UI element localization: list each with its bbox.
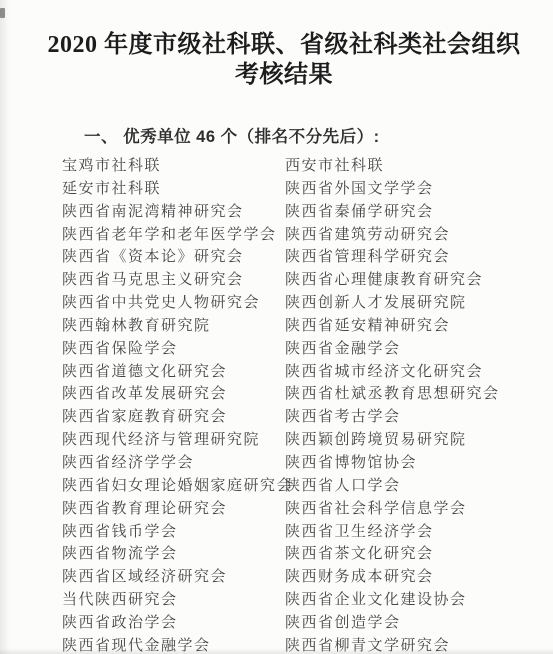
- org-name-right: 陕西省心理健康教育研究会: [285, 269, 553, 292]
- org-list-row: 陕西省政治学会 陕西省创造学会: [62, 612, 553, 635]
- org-name-right: 陕西省金融学会: [285, 338, 553, 361]
- org-list-row: 陕西翰林教育研究院 陕西省延安精神研究会: [62, 315, 553, 338]
- org-name-left: 陕西省政治学会: [62, 612, 285, 635]
- org-name-left: 陕西省改革发展研究会: [62, 383, 285, 406]
- org-list-row: 陕西省马克思主义研究会 陕西省心理健康教育研究会: [62, 269, 553, 292]
- org-name-left: 陕西省家庭教育研究会: [62, 406, 285, 429]
- org-name-right: 陕西省社会科学信息学会: [285, 498, 553, 521]
- org-name-right: 陕西财务成本研究会: [285, 566, 553, 589]
- org-list-row: 陕西省《资本论》研究会 陕西省管理科学研究会: [62, 246, 553, 269]
- scan-artifact-mark: [0, 8, 5, 18]
- org-list-row: 陕西省现代金融学会 陕西省柳青文学研究会: [62, 635, 553, 654]
- org-name-right: 陕西省管理科学研究会: [285, 246, 553, 269]
- org-name-left: 陕西省老年学和老年医学学会: [62, 224, 285, 247]
- org-name-left: 陕西翰林教育研究院: [62, 315, 285, 338]
- org-list: 宝鸡市社科联 西安市社科联 延安市社科联 陕西省外国文学学会 陕西省南泥湾精神研…: [62, 155, 553, 654]
- document-title-line2: 考核结果: [45, 60, 523, 90]
- org-list-row: 陕西省教育理论研究会 陕西省社会科学信息学会: [62, 498, 553, 521]
- org-name-left: 陕西省教育理论研究会: [62, 498, 285, 521]
- org-list-row: 陕西省老年学和老年医学学会 陕西省建筑劳动研究会: [62, 224, 553, 247]
- org-name-left: 陕西省保险学会: [62, 338, 285, 361]
- org-name-right: 陕西省建筑劳动研究会: [285, 224, 553, 247]
- org-name-right: 西安市社科联: [285, 155, 553, 178]
- org-name-right: 陕西省杜斌丞教育思想研究会: [285, 383, 553, 406]
- org-name-left: 陕西省中共党史人物研究会: [62, 292, 285, 315]
- org-list-row: 陕西省南泥湾精神研究会 陕西省秦俑学研究会: [62, 201, 553, 224]
- org-name-left: 陕西省区域经济研究会: [62, 566, 285, 589]
- org-list-row: 陕西省道德文化研究会 陕西省城市经济文化研究会: [62, 361, 553, 384]
- org-list-row: 陕西省物流学会 陕西省茶文化研究会: [62, 543, 553, 566]
- org-name-left: 陕西省物流学会: [62, 543, 285, 566]
- org-list-row: 当代陕西研究会 陕西省企业文化建设协会: [62, 589, 553, 612]
- org-name-right: 陕西省卫生经济学会: [285, 521, 553, 544]
- org-list-row: 陕西省区域经济研究会 陕西财务成本研究会: [62, 566, 553, 589]
- org-name-right: 陕西省博物馆协会: [285, 452, 553, 475]
- org-name-right: 陕西颖创跨境贸易研究院: [285, 429, 553, 452]
- org-list-row: 陕西现代经济与管理研究院 陕西颖创跨境贸易研究院: [62, 429, 553, 452]
- org-name-right: 陕西省考古学会: [285, 406, 553, 429]
- org-list-row: 陕西省中共党史人物研究会 陕西创新人才发展研究院: [62, 292, 553, 315]
- org-name-left: 陕西省钱币学会: [62, 521, 285, 544]
- org-name-left: 陕西省道德文化研究会: [62, 361, 285, 384]
- org-list-row: 陕西省经济学学会 陕西省博物馆协会: [62, 452, 553, 475]
- scan-artifact-left-edge: [0, 0, 10, 654]
- section-heading-excellent-units: 一、 优秀单位 46 个（排名不分先后）:: [84, 123, 553, 147]
- org-name-right: 陕西省人口学会: [285, 475, 553, 498]
- org-list-row: 陕西省家庭教育研究会 陕西省考古学会: [62, 406, 553, 429]
- org-name-right: 陕西省外国文学学会: [285, 178, 553, 201]
- org-list-row: 陕西省保险学会 陕西省金融学会: [62, 338, 553, 361]
- org-name-right: 陕西创新人才发展研究院: [285, 292, 553, 315]
- org-name-left: 陕西省南泥湾精神研究会: [62, 201, 285, 224]
- org-name-left: 陕西现代经济与管理研究院: [62, 429, 285, 452]
- org-name-left: 延安市社科联: [62, 178, 285, 201]
- org-name-right: 陕西省延安精神研究会: [285, 315, 553, 338]
- org-name-left: 陕西省马克思主义研究会: [62, 269, 285, 292]
- org-list-row: 宝鸡市社科联 西安市社科联: [62, 155, 553, 178]
- org-list-row: 延安市社科联 陕西省外国文学学会: [62, 178, 553, 201]
- document-title-line1: 2020 年度市级社科联、省级社科类社会组织: [45, 30, 523, 60]
- org-name-right: 陕西省城市经济文化研究会: [285, 361, 553, 384]
- org-name-right: 陕西省企业文化建设协会: [285, 589, 553, 612]
- org-list-row: 陕西省改革发展研究会 陕西省杜斌丞教育思想研究会: [62, 383, 553, 406]
- org-name-right: 陕西省秦俑学研究会: [285, 201, 553, 224]
- org-name-left: 陕西省妇女理论婚姻家庭研究会: [62, 475, 285, 498]
- org-name-left: 陕西省经济学学会: [62, 452, 285, 475]
- document-title: 2020 年度市级社科联、省级社科类社会组织 考核结果: [45, 30, 523, 90]
- document-page: 2020 年度市级社科联、省级社科类社会组织 考核结果 一、 优秀单位 46 个…: [0, 0, 553, 654]
- org-list-row: 陕西省钱币学会 陕西省卫生经济学会: [62, 521, 553, 544]
- org-name-left: 陕西省《资本论》研究会: [62, 246, 285, 269]
- org-name-left: 宝鸡市社科联: [62, 155, 285, 178]
- org-name-right: 陕西省茶文化研究会: [285, 543, 553, 566]
- org-name-left: 陕西省现代金融学会: [62, 635, 285, 654]
- org-name-right: 陕西省创造学会: [285, 612, 553, 635]
- org-name-left: 当代陕西研究会: [62, 589, 285, 612]
- org-name-right: 陕西省柳青文学研究会: [285, 635, 553, 654]
- org-list-row: 陕西省妇女理论婚姻家庭研究会 陕西省人口学会: [62, 475, 553, 498]
